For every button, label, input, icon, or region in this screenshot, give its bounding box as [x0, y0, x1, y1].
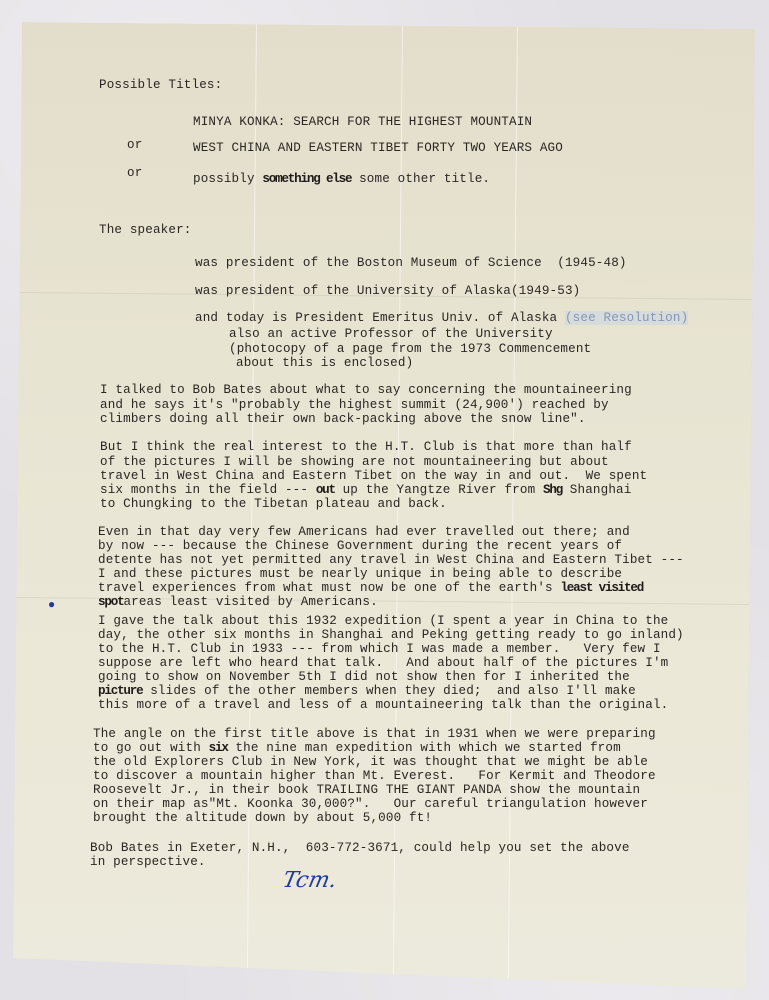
ink-dot: ● [48, 598, 55, 612]
or-label: or [127, 166, 142, 180]
paragraph-line: the old Explorers Club in New York, it w… [93, 755, 648, 769]
paragraph-line: on their map as"Mt. Koonka 30,000?". Our… [93, 797, 648, 811]
speaker-line: (photocopy of a page from the 1973 Comme… [229, 342, 591, 356]
struck-out-text: Shg [543, 483, 562, 497]
title-3-pre: possibly [193, 172, 262, 186]
paragraph-line: to go out with six the nine man expediti… [93, 741, 621, 755]
paragraph-line: to discover a mountain higher than Mt. E… [93, 769, 656, 783]
paragraph-line: spotareas least visited by Americans. [98, 595, 378, 609]
handwritten-signature: Tcm. [280, 868, 339, 893]
title-option-2: WEST CHINA AND EASTERN TIBET FORTY TWO Y… [193, 141, 563, 155]
title-3-post: some other title. [351, 172, 490, 186]
struck-out-text: six [209, 741, 228, 755]
or-label: or [127, 138, 142, 152]
struck-out-text: least visited [560, 581, 643, 595]
speaker-line: was president of the University of Alask… [195, 284, 580, 298]
paragraph-line: day, the other six months in Shanghai an… [98, 628, 684, 642]
text-run: up the Yangtze River from [335, 483, 543, 497]
paragraph-line: suppose are left who heard that talk. An… [98, 656, 668, 670]
paragraph-line: travel in West China and Eastern Tibet o… [100, 469, 647, 483]
paragraph-line: to the H.T. Club in 1933 --- from which … [98, 642, 661, 656]
text-run: travel experiences from what must now be… [98, 581, 560, 595]
paragraph-line: I and these pictures must be nearly uniq… [98, 567, 622, 581]
paragraph-line: brought the altitude down by about 5,000… [93, 811, 432, 825]
heading-speaker: The speaker: [99, 223, 192, 237]
struck-out-text: something else [262, 172, 351, 186]
text-run: Shanghai [562, 483, 631, 497]
paragraph-line: to Chungking to the Tibetan plateau and … [100, 497, 447, 511]
paragraph-line: The angle on the first title above is th… [93, 727, 656, 741]
struck-out-text: spot [98, 595, 123, 609]
speaker-line: also an active Professor of the Universi… [229, 327, 553, 341]
paragraph-line: climbers doing all their own back-packin… [100, 412, 586, 426]
see-resolution-note: (see Resolution) [565, 311, 688, 325]
text-run: the nine man expedition with which we st… [228, 741, 621, 755]
speaker-line: about this is enclosed) [236, 356, 413, 370]
speaker-line: and today is President Emeritus Univ. of… [195, 311, 688, 325]
paragraph-line: going to show on November 5th I did not … [98, 670, 630, 684]
paragraph-line: six months in the field --- out up the Y… [100, 483, 631, 497]
paragraph-line: I talked to Bob Bates about what to say … [100, 383, 632, 397]
paragraph-line: by now --- because the Chinese Governmen… [98, 539, 622, 553]
text-run: six months in the field --- [100, 483, 316, 497]
paragraph-line: Even in that day very few Americans had … [98, 525, 630, 539]
speaker-line-text: and today is President Emeritus Univ. of… [195, 311, 565, 325]
paragraph-line: Bob Bates in Exeter, N.H., 603-772-3671,… [90, 841, 630, 855]
title-option-3: possibly something else some other title… [193, 172, 490, 186]
paragraph-line: in perspective. [90, 855, 206, 869]
struck-out-text: out [316, 483, 335, 497]
paragraph-line: detente has not yet permitted any travel… [98, 553, 684, 567]
typed-letter: Possible Titles: MINYA KONKA: SEARCH FOR… [0, 0, 769, 1000]
paragraph-line: Roosevelt Jr., in their book TRAILING TH… [93, 783, 640, 797]
paragraph-line: this more of a travel and less of a moun… [98, 698, 668, 712]
struck-out-text: picture [98, 684, 143, 698]
text-run: areas least visited by Americans. [123, 595, 377, 609]
paragraph-line: But I think the real interest to the H.T… [100, 440, 632, 454]
title-option-1: MINYA KONKA: SEARCH FOR THE HIGHEST MOUN… [193, 115, 532, 129]
text-run: to go out with [93, 741, 209, 755]
speaker-line: was president of the Boston Museum of Sc… [195, 256, 627, 270]
paragraph-line: of the pictures I will be showing are no… [100, 455, 609, 469]
paragraph-line: picture slides of the other members when… [98, 684, 636, 698]
heading-possible-titles: Possible Titles: [99, 78, 222, 92]
paragraph-line: and he says it's "probably the highest s… [100, 398, 609, 412]
text-run: slides of the other members when they di… [143, 684, 636, 698]
paragraph-line: travel experiences from what must now be… [98, 581, 643, 595]
paragraph-line: I gave the talk about this 1932 expediti… [98, 614, 668, 628]
